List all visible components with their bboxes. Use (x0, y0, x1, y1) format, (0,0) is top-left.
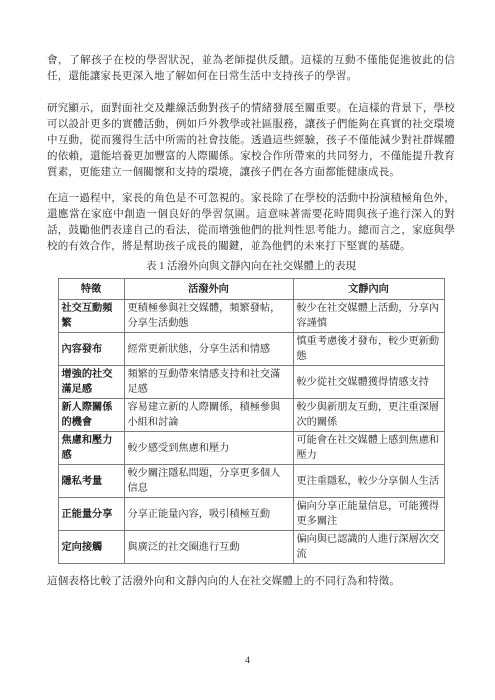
table-cell: 更注重隱私，較少分享個人生活 (293, 465, 444, 498)
table-cell: 較少關注隱私問題，分享更多個人信息 (124, 465, 293, 498)
table-row: 內容發布 經常更新狀態，分享生活和情感 慎重考慮後才發布，較少更新動態 (58, 333, 444, 366)
table-row: 增強的社交滿足感 頻繁的互動帶來情感支持和社交滿足感 較少從社交媒體獲得情感支持 (58, 366, 444, 399)
body-paragraph-2: 研究顯示，面對面社交及離線活動對孩子的情緒發展至關重要。在這樣的背景下，學校可以… (47, 101, 455, 181)
table-cell: 可能會在社交媒體上感到焦慮和壓力 (293, 432, 444, 465)
table-header-cell-feature: 特徵 (58, 279, 124, 300)
table-caption: 表 1 活潑外向與文靜內向在社交媒體上的表現 (47, 259, 455, 275)
table-cell: 較少與新朋友互動，更注重深層次的關係 (293, 399, 444, 432)
table-header-cell-extrovert: 活潑外向 (124, 279, 293, 300)
document-page: 會，了解孩子在校的學習狀況，並為老師提供反饋。這樣的互動不僅能促進彼此的信任，還… (0, 0, 495, 700)
table-cell: 較少感受到焦慮和壓力 (124, 432, 293, 465)
table-cell: 內容發布 (58, 333, 124, 366)
table-cell: 隱私考量 (58, 465, 124, 498)
table-cell: 慎重考慮後才發布，較少更新動態 (293, 333, 444, 366)
page-number: 4 (0, 656, 495, 666)
table-cell: 正能量分享 (58, 498, 124, 531)
table-row: 社交互動頻繁 更積極參與社交媒體，頻繁發帖，分享生活動態 較少在社交媒體上活動，… (58, 300, 444, 333)
table-cell: 與廣泛的社交圈進行互動 (124, 531, 293, 564)
table-cell: 定向接觸 (58, 531, 124, 564)
table-row: 正能量分享 分享正能量內容，吸引積極互動 偏向分享正能量信息，可能獲得更多關注 (58, 498, 444, 531)
table-header-row: 特徵 活潑外向 文靜內向 (58, 279, 444, 300)
table-row: 隱私考量 較少關注隱私問題，分享更多個人信息 更注重隱私，較少分享個人生活 (58, 465, 444, 498)
table-cell: 偏向與已認識的人進行深層次交流 (293, 531, 444, 564)
table-cell: 經常更新狀態，分享生活和情感 (124, 333, 293, 366)
table-cell: 新人際關係的機會 (58, 399, 124, 432)
body-paragraph-1: 會，了解孩子在校的學習狀況，並為老師提供反饋。這樣的互動不僅能促進彼此的信任，還… (47, 53, 455, 85)
table-header-cell-introvert: 文靜內向 (293, 279, 444, 300)
table-cell: 容易建立新的人際關係，積極參與小組和討論 (124, 399, 293, 432)
table-row: 定向接觸 與廣泛的社交圈進行互動 偏向與已認識的人進行深層次交流 (58, 531, 444, 564)
body-paragraph-3: 在這一過程中，家長的角色是不可忽視的。家長除了在學校的活動中扮演積極角色外，還應… (47, 191, 455, 255)
table-cell: 分享正能量內容，吸引積極互動 (124, 498, 293, 531)
comparison-table: 特徵 活潑外向 文靜內向 社交互動頻繁 更積極參與社交媒體，頻繁發帖，分享生活動… (58, 278, 445, 564)
table-cell: 更積極參與社交媒體，頻繁發帖，分享生活動態 (124, 300, 293, 333)
table-row: 焦慮和壓力感 較少感受到焦慮和壓力 可能會在社交媒體上感到焦慮和壓力 (58, 432, 444, 465)
table-row: 新人際關係的機會 容易建立新的人際關係，積極參與小組和討論 較少與新朋友互動，更… (58, 399, 444, 432)
table-cell: 增強的社交滿足感 (58, 366, 124, 399)
table-cell: 社交互動頻繁 (58, 300, 124, 333)
table-cell: 較少在社交媒體上活動，分享內容謹慎 (293, 300, 444, 333)
table-cell: 焦慮和壓力感 (58, 432, 124, 465)
closing-paragraph: 這個表格比較了活潑外向和文靜內向的人在社交媒體上的不同行為和特徵。 (47, 574, 455, 590)
table-cell: 頻繁的互動帶來情感支持和社交滿足感 (124, 366, 293, 399)
table-cell: 較少從社交媒體獲得情感支持 (293, 366, 444, 399)
table-cell: 偏向分享正能量信息，可能獲得更多關注 (293, 498, 444, 531)
